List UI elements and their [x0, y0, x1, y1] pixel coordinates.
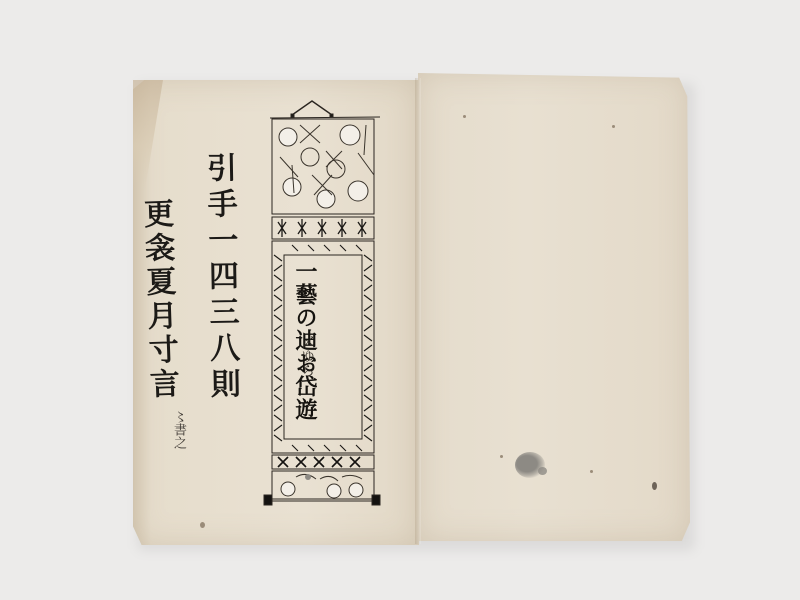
speck — [652, 482, 657, 490]
speck — [590, 470, 593, 473]
title-calligraphy: 引手一四三八則 — [203, 152, 237, 404]
note-calligraphy: 〻書之 — [172, 410, 185, 449]
speck — [200, 522, 205, 528]
ink-stain-small — [538, 467, 547, 475]
photo-scene: 引手一四三八則 更衾夏月寸言 〻書之 — [0, 0, 800, 600]
speck — [612, 125, 615, 128]
right-page — [418, 73, 690, 541]
scroll-side-inscription: 〆ゆら — [297, 335, 317, 377]
scroll-outline-icon — [262, 95, 382, 507]
hanging-scroll-drawing — [262, 95, 382, 507]
book-spine — [415, 78, 421, 544]
speck — [463, 115, 466, 118]
author-calligraphy: 更衾夏月寸言 — [139, 198, 176, 403]
speck — [500, 455, 503, 458]
